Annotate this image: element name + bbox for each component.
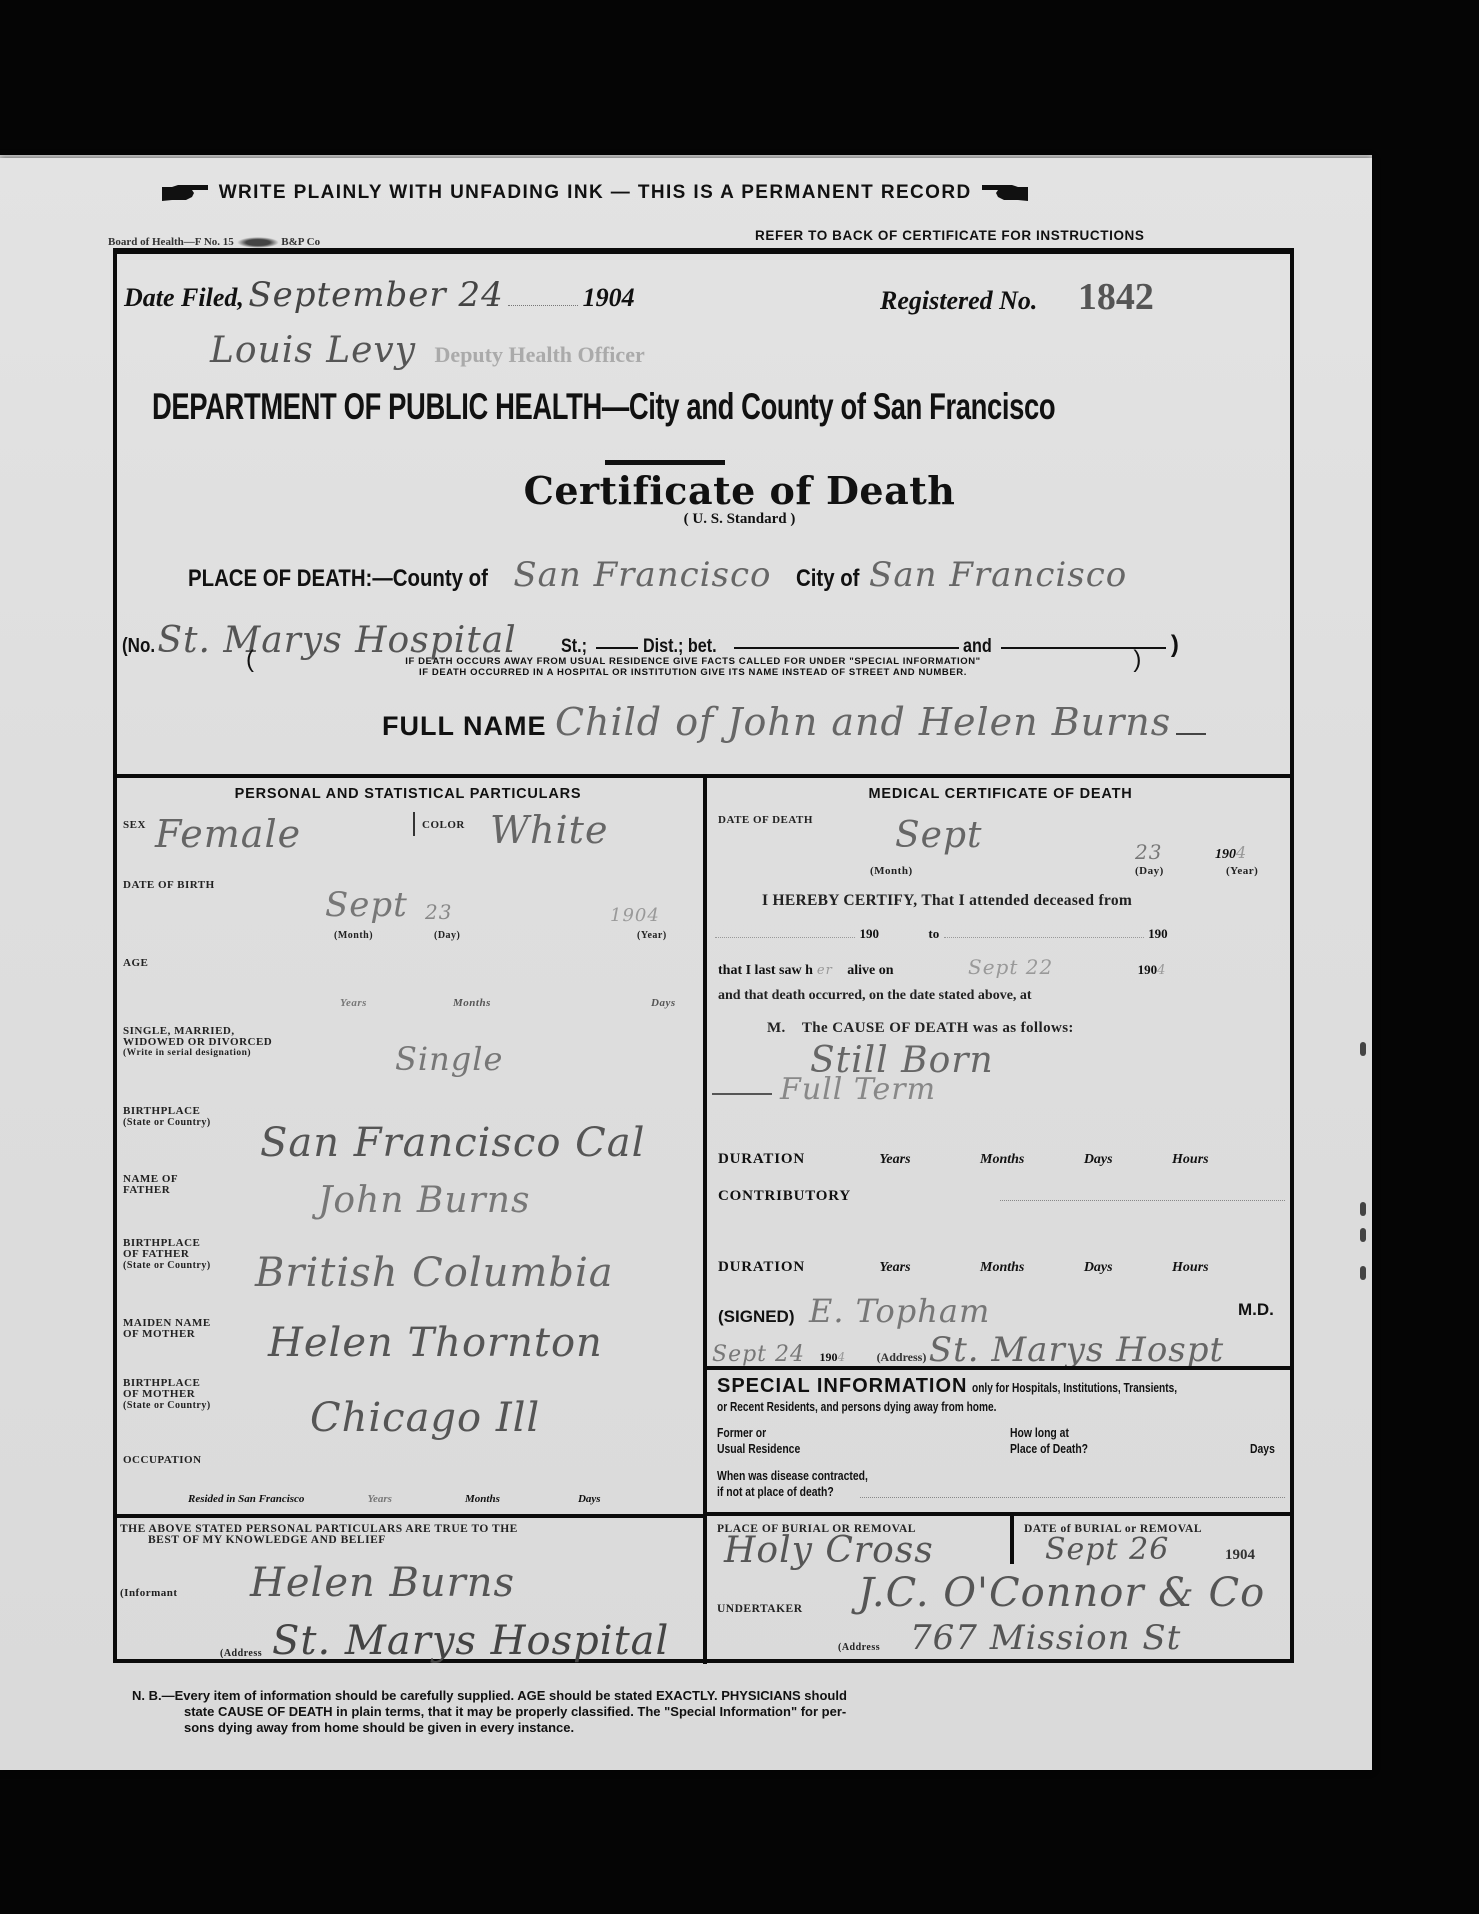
contracted-label-line1: When was disease contracted,	[717, 1468, 868, 1484]
signed-date: Sept 24	[712, 1342, 805, 1367]
to-year-prefix: 190	[1148, 926, 1168, 941]
pointing-hand-icon	[160, 183, 212, 203]
column-divider	[703, 774, 707, 1664]
mother-bp-label-line3: (State or Country)	[123, 1400, 211, 1411]
scan-mark	[1360, 1202, 1366, 1216]
birthplace-label-line2: (State or Country)	[123, 1117, 211, 1128]
marital-label-line3: (Write in serial designation)	[123, 1048, 272, 1059]
informant-address-label: (Address	[220, 1648, 262, 1659]
dod-day: 23	[1135, 840, 1162, 864]
from-year-prefix: 190	[859, 926, 879, 941]
city-label: City of	[796, 565, 859, 593]
scan-mark	[1360, 1042, 1366, 1056]
mother-birthplace-label: BIRTHPLACE OF MOTHER (State or Country)	[123, 1378, 211, 1411]
contributory-line	[1000, 1200, 1285, 1201]
scan-mark	[1360, 1266, 1366, 1280]
special-information-header: SPECIAL INFORMATION only for Hospitals, …	[717, 1375, 1292, 1416]
physician-address-value: St. Marys Hospt	[929, 1330, 1224, 1370]
district-line	[734, 647, 959, 649]
duration-months-label: Months	[980, 1152, 1024, 1167]
department-title: DEPARTMENT OF PUBLIC HEALTH—City and Cou…	[152, 386, 1055, 428]
duration2-months-label: Months	[980, 1260, 1024, 1275]
duration-years-label: Years	[879, 1152, 910, 1167]
marital-status-label: SINGLE, MARRIED, WIDOWED OR DIVORCED (Wr…	[123, 1026, 272, 1059]
certify-text: I HEREBY CERTIFY, That I attended deceas…	[762, 892, 1132, 910]
age-months-label: Months	[453, 998, 491, 1009]
date-of-birth-label: DATE OF BIRTH	[123, 880, 215, 891]
full-name-row: FULL NAME Child of John and Helen Burns	[382, 700, 1206, 744]
informant-value: Helen Burns	[250, 1560, 515, 1606]
last-saw-label: that I last saw h	[718, 963, 813, 978]
former-residence-label: Former or Usual Residence	[717, 1425, 800, 1457]
to-label: to	[928, 926, 939, 941]
duration2-row: DURATION Years Months Days Hours	[718, 1258, 1283, 1276]
note-open-paren: (	[246, 654, 255, 665]
close-paren: )	[1171, 631, 1179, 659]
father-birthplace-label: BIRTHPLACE OF FATHER (State or Country)	[123, 1238, 211, 1271]
nb-line2: state CAUSE OF DEATH in plain terms, tha…	[132, 1704, 1252, 1720]
disease-contracted-line	[860, 1497, 1285, 1498]
dob-day-label: (Day)	[434, 930, 460, 941]
refer-instructions: REFER TO BACK OF CERTIFICATE FOR INSTRUC…	[755, 228, 1145, 243]
how-long-label-line2: Place of Death?	[1010, 1441, 1088, 1457]
sex-color-divider	[413, 812, 415, 836]
duration2-label: DURATION	[718, 1259, 805, 1275]
nb-line3: sons dying away from home should be give…	[132, 1720, 1252, 1736]
physician-address-label: (Address)	[877, 1350, 927, 1364]
burial-year: 1904	[1225, 1547, 1255, 1564]
form-number-text: Board of Health—F No. 15	[108, 236, 234, 248]
registered-number: 1842	[1078, 276, 1154, 318]
duration2-days-label: Days	[1084, 1260, 1113, 1275]
date-filed-line	[508, 305, 578, 306]
father-name-label: NAME OF FATHER	[123, 1174, 178, 1196]
burial-place-value: Holy Cross	[724, 1530, 934, 1571]
undertaker-address-value: 767 Mission St	[910, 1618, 1181, 1658]
resided-label: Resided in San Francisco	[188, 1493, 304, 1505]
full-name-line	[1176, 733, 1206, 735]
last-saw-row: that I last saw her alive on Sept 22 190…	[718, 955, 1166, 979]
registered-number-row: Registered No. 1842	[880, 275, 1154, 319]
dob-day: 23	[425, 900, 452, 924]
dod-day-label: (Day)	[1135, 866, 1164, 877]
undertaker-label: UNDERTAKER	[717, 1604, 803, 1615]
registered-label: Registered No.	[880, 286, 1037, 315]
nb-line1: Every item of information should be care…	[175, 1688, 847, 1703]
marital-label-line2: WIDOWED OR DIVORCED	[123, 1037, 272, 1048]
from-date-line	[715, 937, 855, 938]
m-label: M.	[767, 1020, 786, 1036]
dod-month: Sept	[895, 815, 982, 856]
color-value: White	[490, 808, 608, 852]
us-standard-label: ( U. S. Standard )	[0, 511, 1479, 528]
physician-signature: E. Topham	[809, 1292, 990, 1330]
street-line	[596, 647, 638, 649]
father-birthplace-value: British Columbia	[255, 1250, 614, 1296]
printer-name: B&P Co	[281, 236, 320, 248]
how-long-label: How long at Place of Death?	[1010, 1425, 1088, 1457]
institution-value: St. Marys Hospital	[157, 620, 516, 661]
dob-month-label: (Month)	[334, 930, 373, 941]
last-saw-pronoun: er	[817, 963, 833, 978]
signed-year-suffix: 4	[837, 1350, 846, 1364]
city-value: San Francisco	[869, 555, 1127, 595]
health-officer-row: Louis Levy Deputy Health Officer	[210, 330, 645, 371]
birthplace-value: San Francisco Cal	[260, 1120, 645, 1166]
former-label-line1: Former or	[717, 1425, 800, 1441]
age-label: AGE	[123, 958, 148, 969]
signed-year-prefix: 190	[819, 1350, 837, 1364]
age-days-label: Days	[651, 998, 676, 1009]
informant-statement: THE ABOVE STATED PERSONAL PARTICULARS AR…	[120, 1524, 518, 1546]
mother-maiden-name-label: MAIDEN NAME OF MOTHER	[123, 1318, 211, 1340]
birthplace-label-line1: BIRTHPLACE	[123, 1106, 211, 1117]
officer-title-stamp: Deputy Health Officer	[435, 342, 645, 367]
resided-row: Resided in San Francisco Years Months Da…	[188, 1493, 601, 1505]
to-date-line	[944, 937, 1144, 938]
informant-statement-line2: BEST OF MY KNOWLEDGE AND BELIEF	[120, 1535, 518, 1546]
alive-year-suffix: 4	[1157, 963, 1166, 978]
union-label-seal-icon	[237, 237, 279, 248]
duration-label: DURATION	[718, 1151, 805, 1167]
certificate-title-row: Certificate of Death ( U. S. Standard )	[0, 468, 1479, 528]
alive-on-value: Sept 22	[968, 955, 1053, 979]
resided-months-label: Months	[465, 1493, 500, 1505]
duration2-hours-label: Hours	[1172, 1260, 1209, 1275]
county-value: San Francisco	[513, 555, 771, 595]
mother-bp-label-line2: OF MOTHER	[123, 1389, 211, 1400]
officer-signature: Louis Levy	[210, 330, 416, 371]
dob-month: Sept	[325, 885, 408, 925]
dod-year: 1904	[1215, 843, 1247, 863]
father-label-line2: FATHER	[123, 1185, 178, 1196]
marital-status-value: Single	[395, 1040, 503, 1078]
medical-section-title: MEDICAL CERTIFICATE OF DEATH	[707, 786, 1294, 802]
father-name-value: John Burns	[318, 1180, 530, 1221]
former-label-line2: Usual Residence	[717, 1441, 800, 1457]
cause-of-death-label: The CAUSE OF DEATH was as follows:	[802, 1020, 1074, 1036]
dod-year-label: (Year)	[1226, 866, 1258, 877]
death-occurred-text: and that death occurred, on the date sta…	[718, 988, 1032, 1004]
sex-value: Female	[155, 812, 301, 856]
full-name-value: Child of John and Helen Burns	[555, 700, 1171, 744]
date-of-death-label: DATE OF DEATH	[718, 815, 813, 826]
department-title-row: DEPARTMENT OF PUBLIC HEALTH—City and Cou…	[152, 386, 1262, 428]
date-filed-row: Date Filed, September 24 1904	[124, 275, 635, 315]
duration2-years-label: Years	[879, 1260, 910, 1275]
duration-days-label: Days	[1084, 1152, 1113, 1167]
personal-section-title: PERSONAL AND STATISTICAL PARTICULARS	[113, 786, 703, 802]
burial-divider	[1010, 1516, 1014, 1564]
cause-of-death-heading: M. The CAUSE OF DEATH was as follows:	[767, 1020, 1074, 1037]
age-years-label: Years	[340, 998, 367, 1009]
mother-birthplace-value: Chicago Ill	[310, 1395, 540, 1441]
resided-years-label: Years	[368, 1493, 392, 1505]
attended-dates-row: 190 to 190	[715, 925, 1283, 943]
signed-label: (SIGNED)	[718, 1307, 795, 1326]
undertaker-value: J.C. O'Connor & Co	[858, 1570, 1265, 1616]
burial-top-rule	[707, 1512, 1294, 1516]
father-bp-label-line2: OF FATHER	[123, 1249, 211, 1260]
date-filed-year: 1904	[583, 283, 635, 312]
mother-label-line2: OF MOTHER	[123, 1329, 211, 1340]
title-divider	[605, 460, 725, 465]
certificate-title: Certificate of Death	[0, 468, 1479, 513]
dod-year-prefix: 190	[1215, 847, 1236, 862]
informant-label: (Informant	[120, 1588, 178, 1599]
how-long-days-label: Days	[1250, 1441, 1275, 1456]
dob-year: 1904	[610, 905, 660, 926]
duration-row: DURATION Years Months Days Hours	[718, 1150, 1283, 1168]
color-label: COLOR	[422, 820, 465, 831]
how-long-label-line1: How long at	[1010, 1425, 1088, 1441]
sex-label: SEX	[123, 820, 146, 831]
permanent-record-banner: WRITE PLAINLY WITH UNFADING INK — THIS I…	[160, 182, 1030, 204]
mother-maiden-name-value: Helen Thornton	[268, 1320, 603, 1366]
special-info-top-rule	[707, 1366, 1294, 1370]
district-label: Dist.; bet.	[643, 636, 717, 658]
dod-month-label: (Month)	[870, 866, 913, 877]
special-information-subtitle-line2: or Recent Residents, and persons dying a…	[717, 1399, 996, 1414]
alive-on-label: alive on	[847, 963, 893, 978]
dod-year-suffix: 4	[1236, 843, 1247, 862]
resided-days-label: Days	[578, 1493, 601, 1505]
place-note-line2: IF DEATH OCCURRED IN A HOSPITAL OR INSTI…	[258, 667, 1128, 678]
contracted-label-line2: if not at place of death?	[717, 1484, 868, 1500]
father-bp-label-line3: (State or Country)	[123, 1260, 211, 1271]
burial-date-value: Sept 26	[1045, 1532, 1169, 1567]
form-number: Board of Health—F No. 15 B&P Co	[108, 236, 320, 248]
street-label: St.;	[561, 636, 587, 658]
place-note-line1: IF DEATH OCCURS AWAY FROM USUAL RESIDENC…	[258, 656, 1128, 667]
duration-hours-label: Hours	[1172, 1152, 1209, 1167]
nota-bene-footer: N. B.—Every item of information should b…	[132, 1688, 1252, 1736]
place-note: ( IF DEATH OCCURS AWAY FROM USUAL RESIDE…	[258, 656, 1128, 678]
alive-year-prefix: 190	[1138, 962, 1158, 977]
no-label: (No.	[122, 635, 155, 658]
cause-line2-dash	[712, 1093, 772, 1095]
disease-contracted-label: When was disease contracted, if not at p…	[717, 1468, 868, 1500]
informant-top-rule	[113, 1514, 703, 1518]
place-of-death-row: PLACE OF DEATH:—County of San Francisco …	[188, 555, 1127, 595]
signed-date-row: Sept 24 1904 (Address) St. Marys Hospt	[712, 1330, 1224, 1370]
contributory-label: CONTRIBUTORY	[718, 1188, 851, 1205]
place-of-death-label: PLACE OF DEATH:—County of	[188, 565, 488, 593]
special-information-title: SPECIAL INFORMATION	[717, 1375, 967, 1397]
md-label: M.D.	[1238, 1300, 1274, 1320]
undertaker-address-label: (Address	[838, 1642, 880, 1653]
full-name-label: FULL NAME	[382, 711, 547, 742]
date-filed-label: Date Filed,	[124, 283, 244, 312]
pointing-hand-left-icon	[978, 183, 1030, 203]
signed-row: (SIGNED) E. Topham	[718, 1292, 990, 1330]
address-row: (No. St. Marys Hospital St.; Dist.; bet.…	[122, 620, 1179, 661]
informant-address-value: St. Marys Hospital	[272, 1618, 669, 1664]
occupation-label: OCCUPATION	[123, 1455, 202, 1466]
date-filed-value: September 24	[248, 275, 503, 315]
nb-prefix: N. B.—	[132, 1688, 175, 1703]
cause-line2: Full Term	[780, 1072, 936, 1107]
dob-year-label: (Year)	[637, 930, 667, 941]
scan-mark	[1360, 1228, 1366, 1242]
note-close-paren: )	[1133, 654, 1142, 665]
banner-text: WRITE PLAINLY WITH UNFADING INK — THIS I…	[219, 182, 972, 203]
birthplace-label: BIRTHPLACE (State or Country)	[123, 1106, 211, 1128]
and-label: and	[963, 636, 992, 658]
special-information-subtitle: only for Hospitals, Institutions, Transi…	[972, 1380, 1177, 1395]
